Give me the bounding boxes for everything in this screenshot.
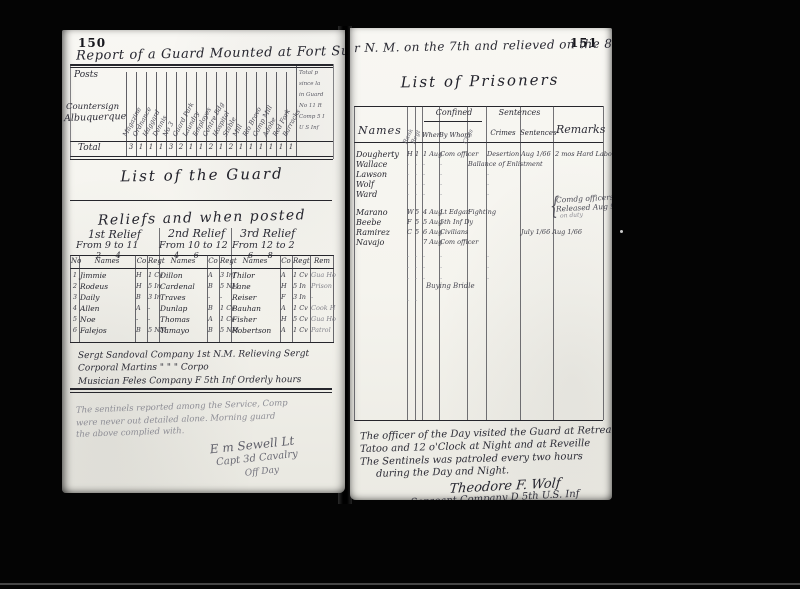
post-total-value: 3 xyxy=(166,143,176,151)
relief-cell: Tamayo xyxy=(160,326,206,335)
prisoner-ditto-mark: - xyxy=(407,274,414,282)
prisoner-cell: 5 xyxy=(415,218,421,226)
prisoner-cell: - xyxy=(423,190,438,198)
relief-cell: 5 Cv xyxy=(293,315,309,323)
relief-cell: A xyxy=(281,271,291,279)
prisoner-cell: F xyxy=(407,218,414,226)
relief-col-header: Regt xyxy=(293,257,309,265)
corner-note-line: No 11 R xyxy=(299,103,322,109)
prisoner-cell: Com officer xyxy=(440,150,466,158)
relief-cell: Daily xyxy=(80,293,134,302)
relief-cell: 1 Cv xyxy=(148,271,158,279)
rule-line xyxy=(70,159,333,160)
prisoner-cell: 5 xyxy=(415,228,421,236)
prisoner-cell: - xyxy=(415,160,421,168)
relief-cell: F xyxy=(281,293,291,301)
relief-cell: - xyxy=(311,293,333,301)
prisoner-cell: Ramirez xyxy=(356,228,405,237)
relief-cell: A xyxy=(208,315,218,323)
countersign-value: Albuquerque xyxy=(64,111,127,124)
post-total-value: 1 xyxy=(276,143,286,151)
relief-cell: 3 In xyxy=(148,293,158,301)
relief-cell: Cook H xyxy=(311,304,333,312)
post-total-value: 1 xyxy=(236,143,246,151)
rule-line xyxy=(231,228,232,255)
prisoner-cell: Com officer xyxy=(440,238,466,246)
relief-col-header: Names xyxy=(232,257,278,265)
relief-cell: 2 xyxy=(71,282,79,290)
rule-line xyxy=(70,342,334,343)
relief-cell: - xyxy=(208,293,218,301)
report-title: Report of a Guard Mounted at Fort Sumne xyxy=(76,43,345,63)
prisoner-cell: Fighting xyxy=(468,208,485,216)
names-col-label: Names xyxy=(358,124,402,137)
post-total-value: 1 xyxy=(256,143,266,151)
prisoner-cell: 5th Inf Dy xyxy=(440,218,466,226)
relief-1-time: From 9 to 11 xyxy=(76,240,139,251)
prisoner-ditto-mark: - xyxy=(423,263,438,271)
prisoner-cell: - xyxy=(440,180,466,188)
relief-cell: B xyxy=(136,293,147,301)
staff-line-3: Musician Feles Company F 5th Inf Orderly… xyxy=(78,375,301,387)
relief-col-header: Co xyxy=(136,257,147,265)
post-total-value: 2 xyxy=(206,143,216,151)
right-closing-4: during the Day and Night. xyxy=(376,465,509,479)
rule-line xyxy=(70,388,332,390)
prisoner-ditto-mark: - xyxy=(415,274,421,282)
prisoner-cell: July 1/66 Aug 1/66 xyxy=(521,228,552,236)
prisoner-cell: - xyxy=(415,190,421,198)
prisoner-cell: 6 Aug xyxy=(423,228,438,236)
prisoner-ditto-mark: - xyxy=(407,296,414,304)
posts-label: Posts xyxy=(74,70,98,80)
reliefs-heading: Reliefs and when posted xyxy=(92,207,312,229)
prisoner-cell: H xyxy=(407,150,414,158)
prisoner-cell: Wolf xyxy=(356,180,405,189)
relief-cell: Patrol xyxy=(311,326,333,334)
relief-cell: Thomas xyxy=(160,315,206,324)
prisoner-cell: - xyxy=(487,190,519,198)
prisoner-cell: - xyxy=(440,160,466,168)
closing-line-3: the above complied with. xyxy=(76,426,185,440)
prisoner-ditto-mark: - xyxy=(415,252,421,260)
prisoner-cell: - xyxy=(407,160,414,168)
prisoner-cell: W xyxy=(407,208,414,216)
relief-cell: - xyxy=(136,315,147,323)
staff-line-2: Corporal Martins " " " Corpo xyxy=(78,362,209,373)
prisoner-cell: - xyxy=(423,170,438,178)
corner-note-line: in Guard xyxy=(299,92,323,98)
relief-cell: Falejos xyxy=(80,326,134,335)
relief-cell: B xyxy=(208,304,218,312)
relief-cell: Rodeus xyxy=(80,282,134,291)
relief-2-title: 2nd Relief xyxy=(168,227,225,240)
relief-cell: Gua Ho xyxy=(311,315,333,323)
prisoner-cell: Dougherty xyxy=(356,150,405,159)
scanner-edge-line xyxy=(0,583,800,585)
prisoner-ditto-mark: - xyxy=(487,263,519,271)
relief-cell: Dillon xyxy=(160,271,206,280)
relief-cell: Noe xyxy=(80,315,134,324)
rule-line xyxy=(70,64,333,66)
relief-cell: A xyxy=(281,304,291,312)
prisoner-ditto-mark: - xyxy=(440,252,466,260)
prisoner-cell: - xyxy=(487,180,519,188)
crimes-col-label: Crimes xyxy=(486,129,520,137)
rule-line xyxy=(70,67,333,68)
report-title-continued: r N. M. on the 7th and relieved on the 8… xyxy=(354,35,612,55)
rule-line xyxy=(70,141,333,142)
relief-col-header: Co xyxy=(281,257,291,265)
relief-cell: Reiser xyxy=(232,293,278,302)
rule-line xyxy=(70,200,332,201)
relief-cell: A xyxy=(136,304,147,312)
relief-cell: 5 NM xyxy=(148,326,158,334)
prisoner-cell: Navajo xyxy=(356,238,405,247)
rule-line xyxy=(354,142,603,143)
prisoner-ditto-mark: - xyxy=(440,263,466,271)
prisoner-cell: 7 Aug xyxy=(423,238,438,246)
rule-line xyxy=(333,64,334,159)
relief-cell: H xyxy=(281,282,291,290)
relief-cell: Traves xyxy=(160,293,206,302)
dust-speck xyxy=(620,230,623,233)
relief-cell: 1 Cv xyxy=(293,271,309,279)
prisoner-ditto-mark: - xyxy=(440,274,466,282)
prisoner-ditto-mark: - xyxy=(423,274,438,282)
scanned-ledger-spread: 150 Report of a Guard Mounted at Fort Su… xyxy=(0,0,800,589)
post-total-value: 1 xyxy=(286,143,296,151)
prisoner-cell: - xyxy=(423,160,438,168)
prisoner-cell: - xyxy=(440,190,466,198)
rule-line xyxy=(70,255,334,256)
corner-note-line: U S Inf xyxy=(299,125,319,131)
relief-cell: 5 NM xyxy=(220,326,230,334)
relief-cell: Prison xyxy=(311,282,333,290)
relief-cell: 1 Cv xyxy=(293,326,309,334)
relief-cell: 5 In xyxy=(148,282,158,290)
relief-cell: Bauhan xyxy=(232,304,278,313)
prisoner-cell: - xyxy=(415,180,421,188)
relief-col-header: Regt xyxy=(220,257,230,265)
prisoner-cell: Civilians xyxy=(440,228,466,236)
relief-cell: 4 xyxy=(71,304,79,312)
rule-line xyxy=(354,420,603,421)
prisoner-cell: 5 xyxy=(415,208,421,216)
relief-cell: B xyxy=(136,326,147,334)
rule-line xyxy=(354,106,355,420)
prisoner-ditto-mark: - xyxy=(415,296,421,304)
prisoner-cell: - xyxy=(440,170,466,178)
remarks-col-label: Remarks xyxy=(556,123,605,136)
post-total-value: 2 xyxy=(226,143,236,151)
rule-line xyxy=(70,268,334,269)
rule-line xyxy=(70,156,333,157)
relief-cell: H xyxy=(281,315,291,323)
rule-line xyxy=(70,64,71,159)
relief-cell: Gua Ho xyxy=(311,271,333,279)
prisoner-cell: Lawson xyxy=(356,170,405,179)
prisoner-cell: Marano xyxy=(356,208,405,217)
relief-cell: 5 In xyxy=(293,282,309,290)
rule-line xyxy=(159,228,160,255)
relief-cell: Lane xyxy=(232,282,278,291)
relief-col-header: Co xyxy=(208,257,218,265)
prisoner-ditto-mark: - xyxy=(415,263,421,271)
post-total-value: 1 xyxy=(196,143,206,151)
prisoner-cell: - xyxy=(415,170,421,178)
relief-3-title: 3rd Relief xyxy=(240,227,295,240)
relief-3-time: From 12 to 2 xyxy=(232,240,295,251)
relief-cell: 1 xyxy=(71,271,79,279)
prisoner-cell: Ballance of Enlistment xyxy=(468,160,485,168)
prisoner-cell: 2 mos Hard Labor xyxy=(555,150,603,158)
prisoners-heading: List of Prisoners xyxy=(390,70,570,91)
relief-cell: H xyxy=(136,282,147,290)
relief-cell: H xyxy=(136,271,147,279)
prisoner-cell: 5 Aug xyxy=(423,218,438,226)
relief-col-header: Rem xyxy=(311,257,333,265)
confined-group-label: Confined xyxy=(422,108,486,117)
relief-cell: 6 xyxy=(71,326,79,334)
relief-cell: B xyxy=(208,326,218,334)
relief-col-header: Names xyxy=(80,257,134,265)
relief-cell: Robertson xyxy=(232,326,278,335)
post-total-value: 3 xyxy=(126,143,136,151)
relief-col-header: No xyxy=(71,257,79,265)
prisoner-cell: C xyxy=(407,228,414,236)
rule-line xyxy=(354,106,603,107)
relief-cell: 1 Cv xyxy=(220,304,230,312)
prisoner-cell: Ward xyxy=(356,190,405,199)
relief-cell: 5 xyxy=(71,315,79,323)
prisoner-cell: Beebe xyxy=(356,218,405,227)
prisoner-cell: 4 Aug xyxy=(423,208,438,216)
prisoner-cell: Lt Edgar xyxy=(440,208,466,216)
relief-cell: 3 In xyxy=(293,293,309,301)
relief-cell: - xyxy=(220,293,230,301)
post-total-value: 2 xyxy=(176,143,186,151)
remarks-note-3: on duty xyxy=(560,211,583,219)
rule-line xyxy=(553,106,554,420)
prisoner-cell: - xyxy=(407,190,414,198)
when-col-label: When xyxy=(422,131,439,139)
prisoner-cell: - xyxy=(407,170,414,178)
page-150: 150 Report of a Guard Mounted at Fort Su… xyxy=(62,30,345,493)
rule-line xyxy=(296,66,297,156)
relief-cell: - xyxy=(148,315,158,323)
relief-cell: Fisher xyxy=(232,315,278,324)
prisoner-ditto-mark: - xyxy=(487,252,519,260)
relief-cell: B xyxy=(208,282,218,290)
rule-line xyxy=(70,392,332,393)
relief-cell: 1 Cv xyxy=(220,315,230,323)
relief-cell: 3 Inf xyxy=(220,271,230,279)
relief-cell: - xyxy=(148,304,158,312)
corner-note-line: Comp 5 I xyxy=(299,114,324,120)
prisoner-cell: Aug 1/66 xyxy=(521,150,552,158)
prisoner-cell: - xyxy=(487,170,519,178)
relief-cell: 5 NM xyxy=(220,282,230,290)
prisoner-ditto-mark: - xyxy=(407,263,414,271)
prisoner-ditto-mark: - xyxy=(487,274,519,282)
post-total-value: 1 xyxy=(136,143,146,151)
post-total-value: 1 xyxy=(186,143,196,151)
relief-cell: Allen xyxy=(80,304,134,313)
post-total-value: 1 xyxy=(246,143,256,151)
post-total-value: 1 xyxy=(266,143,276,151)
prisoner-cell: Wallace xyxy=(356,160,405,169)
prisoner-ditto-mark: - xyxy=(407,252,414,260)
rule-line xyxy=(333,255,334,342)
relief-2-time: From 10 to 12 xyxy=(159,240,228,251)
relief-cell: Jimmie xyxy=(80,271,134,280)
corner-note-line: since la xyxy=(299,81,320,87)
relief-cell: Cardenal xyxy=(160,282,206,291)
relief-col-header: Regt xyxy=(148,257,158,265)
relief-cell: A xyxy=(208,271,218,279)
rule-line xyxy=(424,121,482,122)
relief-cell: A xyxy=(281,326,291,334)
prisoner-cell: - xyxy=(407,180,414,188)
relief-cell: Thilor xyxy=(232,271,278,280)
post-total-value: 1 xyxy=(156,143,166,151)
relief-col-header: Names xyxy=(160,257,206,265)
prisoner-cell: 1 Aug xyxy=(423,150,438,158)
prisoner-cell: - xyxy=(423,180,438,188)
corner-note-line: Total p xyxy=(299,70,318,76)
post-total-value: 1 xyxy=(216,143,226,151)
sentences-col-label: Sentences xyxy=(520,129,553,137)
guard-list-heading: List of the Guard xyxy=(102,164,302,185)
relief-cell: 3 xyxy=(71,293,79,301)
staff-line-1: Sergt Sandoval Company 1st N.M. Relievin… xyxy=(78,349,309,361)
prisoner-ditto-mark: - xyxy=(423,252,438,260)
prisoner-cell: 1 xyxy=(415,150,421,158)
page-151: 151 r N. M. on the 7th and relieved on t… xyxy=(350,28,612,500)
total-label: Total xyxy=(78,143,101,153)
post-total-value: 1 xyxy=(146,143,156,151)
prisoner-cell: Desertion xyxy=(487,150,519,158)
relief-cell: 1 Cv xyxy=(293,304,309,312)
relief-cell: Dunlap xyxy=(160,304,206,313)
